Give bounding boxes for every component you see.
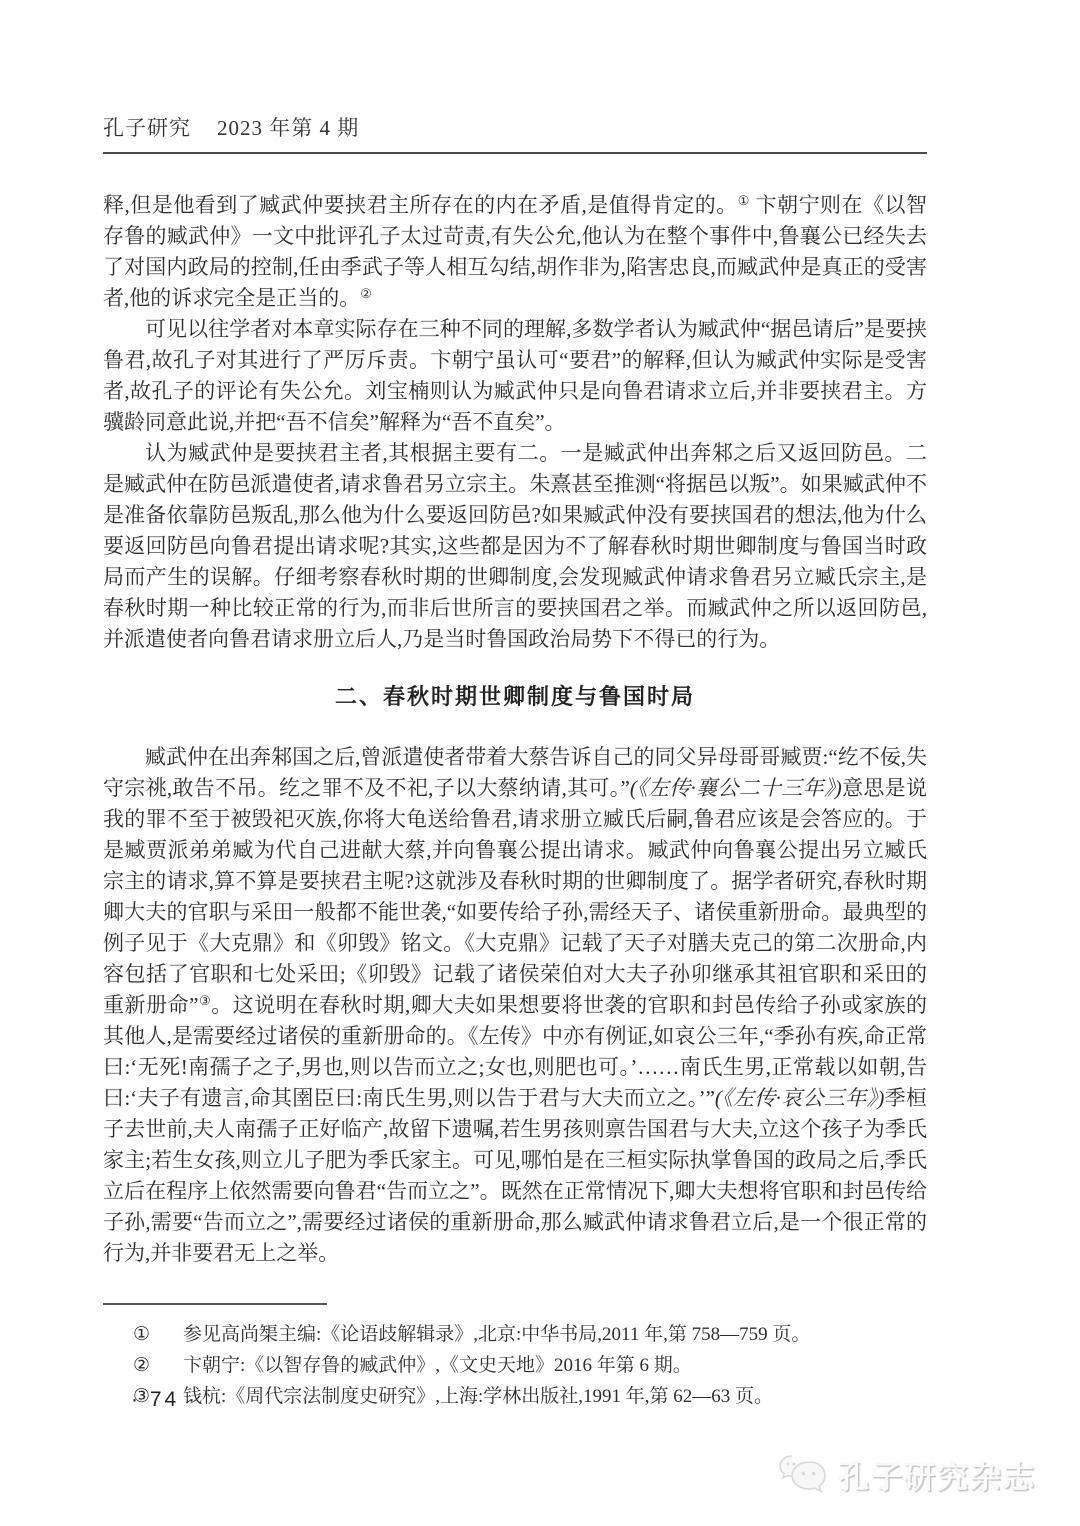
footnote-text: 卞朝宁:《以智存鲁的臧武仲》,《文史天地》2016 年第 6 期。 — [183, 1350, 927, 1381]
watermark-label: 孔子研究杂志 — [838, 1452, 1036, 1497]
footnote-reference: ① — [738, 193, 750, 208]
text-run: 季桓子去世前,夫人南孺子正好临产,故留下遗嘱,若生男孩则禀告国君与大夫,立这个孩… — [103, 1086, 927, 1265]
footnote-reference: ③ — [198, 993, 211, 1008]
footnote-marker: ② — [103, 1350, 183, 1381]
section-2: 臧武仲在出奔邾国之后,曾派遣使者带着大蔡告诉自己的同父异母哥哥臧贾:“纥不佞,失… — [103, 742, 927, 1269]
body-paragraph: 释,但是他看到了臧武仲要挟君主所存在的内在矛盾,是值得肯定的。① 卞朝宁则在《以… — [103, 190, 927, 314]
body-paragraph: 臧武仲在出奔邾国之后,曾派遣使者带着大蔡告诉自己的同父异母哥哥臧贾:“纥不佞,失… — [103, 742, 927, 1269]
article-body: 释,但是他看到了臧武仲要挟君主所存在的内在矛盾,是值得肯定的。① 卞朝宁则在《以… — [103, 190, 927, 1269]
page-number: · 74 · — [131, 1388, 198, 1412]
footnote: ③ 钱杭:《周代宗法制度史研究》,上海:学林出版社,1991 年,第 62—63… — [103, 1381, 927, 1412]
journal-title: 孔子研究 — [103, 116, 191, 140]
body-paragraph: 认为臧武仲是要挟君主者,其根据主要有二。一是臧武仲出奔邾之后又返回防邑。二是臧武… — [103, 438, 927, 655]
footnote-text: 钱杭:《周代宗法制度史研究》,上海:学林出版社,1991 年,第 62—63 页… — [183, 1381, 927, 1412]
text-run: 意思是说我的罪不至于被毁祀灭族,你将大龟送给鲁君,请求册立臧氏后嗣,鲁君应该是会… — [103, 776, 927, 1017]
section-1: 释,但是他看到了臧武仲要挟君主所存在的内在矛盾,是值得肯定的。① 卞朝宁则在《以… — [103, 190, 927, 655]
citation: (《左传·襄公二十三年》) — [630, 776, 842, 800]
wechat-icon — [778, 1453, 830, 1497]
footnote: ① 参见高尚榘主编:《论语歧解辑录》,北京:中华书局,2011 年,第 758—… — [103, 1319, 927, 1350]
footnote: ② 卞朝宁:《以智存鲁的臧武仲》,《文史天地》2016 年第 6 期。 — [103, 1350, 927, 1381]
text-run: 认为臧武仲是要挟君主者,其根据主要有二。一是臧武仲出奔邾之后又返回防邑。二是臧武… — [103, 441, 927, 651]
footnote-separator — [103, 1303, 327, 1305]
body-paragraph: 可见以往学者对本章实际存在三种不同的理解,多数学者认为臧武仲“据邑请后”是要挟鲁… — [103, 314, 927, 438]
text-run: 释,但是他看到了臧武仲要挟君主所存在的内在矛盾,是值得肯定的。 — [103, 193, 738, 217]
running-head: 孔子研究2023 年第 4 期 — [103, 112, 927, 154]
issue-label: 2023 年第 4 期 — [217, 116, 359, 140]
footnote-reference: ② — [360, 286, 372, 301]
footnote-block: ① 参见高尚榘主编:《论语歧解辑录》,北京:中华书局,2011 年,第 758—… — [103, 1303, 927, 1412]
text-run: 可见以往学者对本章实际存在三种不同的理解,多数学者认为臧武仲“据邑请后”是要挟鲁… — [103, 317, 927, 434]
citation: (《左传·哀公三年》) — [715, 1086, 884, 1110]
page-content: 孔子研究2023 年第 4 期 释,但是他看到了臧武仲要挟君主所存在的内在矛盾,… — [0, 0, 1080, 1412]
journal-page: 孔子研究2023 年第 4 期 释,但是他看到了臧武仲要挟君主所存在的内在矛盾,… — [0, 0, 1080, 1526]
section-heading: 二、春秋时期世卿制度与鲁国时局 — [103, 681, 927, 712]
footnote-marker: ① — [103, 1319, 183, 1350]
journal-watermark: 孔子研究杂志 — [778, 1452, 1036, 1497]
footnote-text: 参见高尚榘主编:《论语歧解辑录》,北京:中华书局,2011 年,第 758—75… — [183, 1319, 927, 1350]
